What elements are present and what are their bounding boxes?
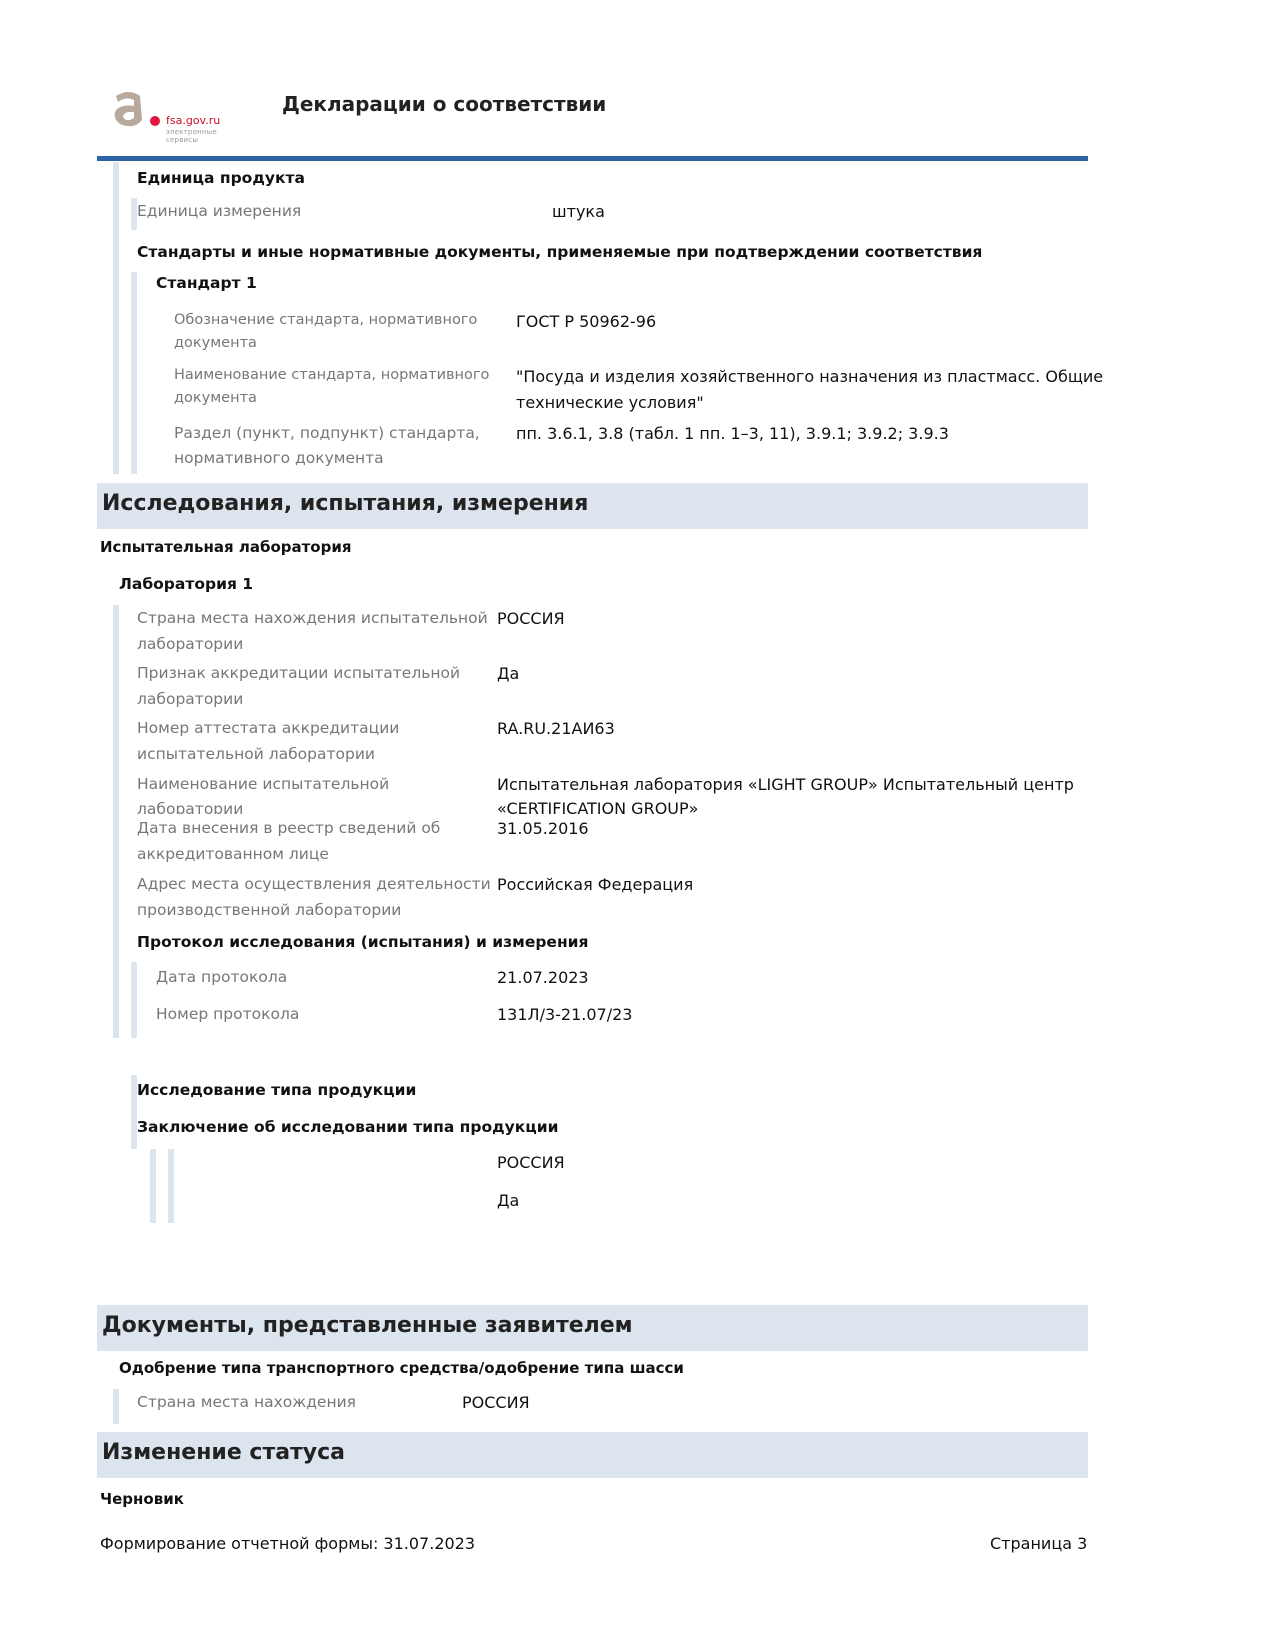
logo-subtitle: электронные сервисы xyxy=(166,128,240,144)
lab-row-value: РОССИЯ xyxy=(497,606,565,631)
lab-row-value: 31.05.2016 xyxy=(497,816,589,841)
indent-bar xyxy=(150,1149,156,1223)
section-band-research: Исследования, испытания, измерения xyxy=(97,483,1088,529)
fsa-logo-icon xyxy=(112,90,146,128)
protocol-date-label: Дата протокола xyxy=(156,965,287,990)
indent-bar xyxy=(113,605,119,1038)
lab-row-label: Наименование испытательной xyxy=(137,772,389,797)
lab-row-label: Дата внесения в реестр сведений об xyxy=(137,816,440,841)
indent-bar xyxy=(131,962,137,1038)
header-rule xyxy=(97,156,1088,161)
standard-row-label: нормативного документа xyxy=(174,446,384,471)
page-title: Декларации о соответствии xyxy=(282,92,606,116)
lab-heading: Испытательная лаборатория xyxy=(100,538,352,556)
lab-row-label: Адрес места осуществления деятельности xyxy=(137,872,491,897)
fsa-logo: fsa.gov.ru электронные сервисы xyxy=(110,88,240,138)
section-band-status-change: Изменение статуса xyxy=(97,1432,1088,1478)
section-band-applicant-documents: Документы, представленные заявителем xyxy=(97,1305,1088,1351)
lab-row-label: производственной лаборатории xyxy=(137,898,401,923)
country-label: Страна места нахождения xyxy=(137,1390,356,1415)
standard-row-label: Раздел (пункт, подпункт) стандарта, xyxy=(174,421,480,446)
lab-row-label: испытательной лаборатории xyxy=(137,742,375,767)
lab-row-label: лаборатории xyxy=(137,687,243,712)
section-title: Изменение статуса xyxy=(102,1440,345,1465)
protocol-number-label: Номер протокола xyxy=(156,1002,299,1027)
protocol-heading: Протокол исследования (испытания) и изме… xyxy=(137,933,588,951)
lab-row-label: Признак аккредитации испытательной xyxy=(137,661,460,686)
standard-row-value: технические условия" xyxy=(516,390,704,415)
type-study-heading: Исследование типа продукции xyxy=(137,1081,416,1099)
lab-row-label: Номер аттестата аккредитации xyxy=(137,716,399,741)
lab-row-label: лаборатории xyxy=(137,797,243,814)
standard-row-label: документа xyxy=(174,387,257,410)
unit-label: Единица измерения xyxy=(137,199,301,224)
indent-bar xyxy=(113,1389,119,1424)
lab-row-label: Страна места нахождения испытательной xyxy=(137,606,488,631)
type-study-conclusion-heading: Заключение об исследовании типа продукци… xyxy=(137,1118,559,1136)
product-unit-heading: Единица продукта xyxy=(137,169,305,187)
type-study-value: РОССИЯ xyxy=(497,1150,565,1175)
standard-row-label: Обозначение стандарта, нормативного xyxy=(174,309,477,332)
standard-row-value: "Посуда и изделия хозяйственного назначе… xyxy=(516,364,1103,389)
indent-bar xyxy=(168,1149,174,1223)
protocol-number-value: 131Л/3-21.07/23 xyxy=(497,1002,632,1027)
lab-row-label: лаборатории xyxy=(137,632,243,657)
lab-row-value: Испытательная лаборатория «LIGHT GROUP» … xyxy=(497,772,1074,797)
protocol-date-value: 21.07.2023 xyxy=(497,965,589,990)
standard-row-label: Наименование стандарта, нормативного xyxy=(174,364,489,387)
unit-value: штука xyxy=(552,199,605,224)
lab-row-value: Российская Федерация xyxy=(497,872,693,897)
section-title: Исследования, испытания, измерения xyxy=(102,491,588,516)
lab-row-label: аккредитованном лице xyxy=(137,842,329,867)
logo-dot-icon xyxy=(150,116,160,126)
logo-site: fsa.gov.ru xyxy=(166,114,220,127)
standard-row-value: пп. 3.6.1, 3.8 (табл. 1 пп. 1–3, 11), 3.… xyxy=(516,421,949,446)
lab-row-value: RA.RU.21АИ63 xyxy=(497,716,615,741)
indent-bar xyxy=(131,272,137,474)
lab-1-heading: Лаборатория 1 xyxy=(119,575,253,593)
status-value: Черновик xyxy=(100,1490,184,1508)
section-title: Документы, представленные заявителем xyxy=(102,1313,633,1338)
standard-row-label: документа xyxy=(174,332,257,355)
country-value: РОССИЯ xyxy=(462,1390,530,1415)
standards-heading: Стандарты и иные нормативные документы, … xyxy=(137,243,982,261)
footer-page-number: Страница 3 xyxy=(990,1534,1087,1553)
approval-heading: Одобрение типа транспортного средства/од… xyxy=(119,1359,684,1377)
lab-row-value: Да xyxy=(497,661,519,686)
indent-bar xyxy=(113,162,119,474)
type-study-value: Да xyxy=(497,1188,519,1213)
standard-row-value: ГОСТ Р 50962-96 xyxy=(516,309,656,334)
footer-generated: Формирование отчетной формы: 31.07.2023 xyxy=(100,1534,475,1553)
standard-1-heading: Стандарт 1 xyxy=(156,274,257,292)
